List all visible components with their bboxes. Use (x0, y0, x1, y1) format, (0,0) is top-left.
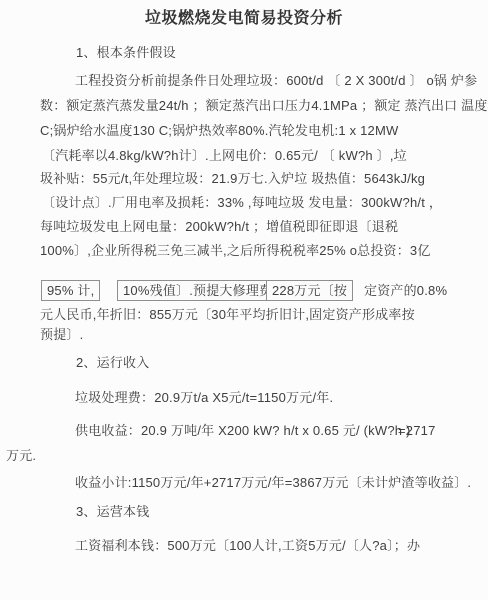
document-title: 垃圾燃烧发电简易投资分析 (0, 5, 488, 28)
section1-para-line-8: 100%〕,企业所得税三免三减半,之后所得税税率25% o总投资：3亿 (40, 242, 431, 259)
section1-para-line-1: 工程投资分析前提条件日处理垃圾：600t/d 〔 2 X 300t/d 〕 o锅… (75, 72, 477, 89)
section1-tail-line-2: 预提〕. (40, 326, 83, 343)
section1-para-line-6: 〔设计点〕.厂用电率及损耗：33% ,每吨垃圾 发电量：300kW?h/t ， (42, 194, 442, 211)
boxed-value-1: 95% 计, (41, 280, 100, 301)
section1-tail-line-1: 元人民币,年折旧：855万元〔30年平均折旧计,固定资产形成率按 (40, 306, 415, 323)
boxed-value-3: 228万元〔按 (266, 280, 353, 301)
boxed-value-2: 10%残值〕.预提大修理费: (117, 280, 282, 301)
section1-para-line-7: 每吨垃圾发电上网电量：200kW?h/t ；增值税即征即退〔退税 (40, 218, 398, 235)
section1-para-line-2: 数：额定蒸汽蒸发量24t/h ；额定蒸汽出口压力4.1MPa ；额定 蒸汽出口 … (40, 97, 488, 114)
section1-para-line-5: 圾补贴：55元/t,年处理垃圾：21.9万七.入炉垃 圾热值：5643kJ/kg (40, 170, 425, 187)
section1-heading: 1、根本条件假设 (76, 44, 176, 61)
salary-cost-line: 工资福利本钱：500万元〔100人计,工资5万元/〔人?a〕；办 (75, 537, 420, 554)
section2-heading: 2、运行收入 (76, 354, 149, 371)
section1-para-line-4: 〔汽耗率以4.8kg/kW?h计〕.上网电价：0.65元/ 〔 kW?h 〕,垃 (42, 147, 407, 164)
income-subtotal-line: 收益小计:1150万元/年+2717万元/年=3867万元〔未计炉渣等收益〕. (75, 474, 471, 491)
boxed-row-after-text: 定资产的0.8% (364, 282, 447, 299)
waste-fee-line: 垃圾处理费：20.9万t/a X5元/t=1150万元/年. (75, 389, 333, 406)
section1-para-line-3: C;锅炉给水温度130 C;锅炉热效率80%.汽轮发电机:1 x 12MW (40, 122, 398, 139)
power-income-unit-line: 万元. (6, 447, 36, 464)
section3-heading: 3、运营本钱 (76, 503, 149, 520)
power-income-result: =2717 (398, 422, 436, 439)
power-income-line: 供电收益：20.9 万吨/年 X200 kW? h/t x 0.65 元/ (k… (75, 422, 411, 439)
document-page: 垃圾燃烧发电简易投资分析 1、根本条件假设 工程投资分析前提条件日处理垃圾：60… (0, 0, 488, 600)
